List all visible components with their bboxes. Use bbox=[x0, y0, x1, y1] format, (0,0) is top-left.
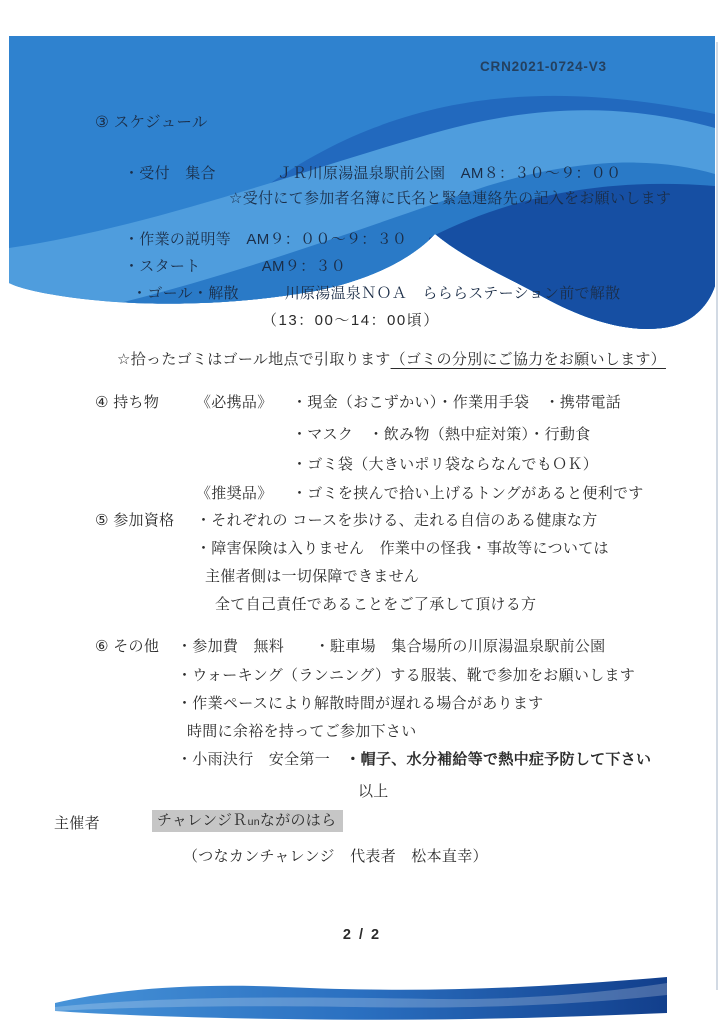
schedule-goal-line: ・ゴール・解散 川原湯温泉ＮＯＡ らららステーション前で解散 bbox=[132, 284, 620, 304]
trash-note-prefix: ☆拾ったゴミはゴール地点で引取ります bbox=[117, 351, 391, 368]
footer-wave-graphic bbox=[55, 973, 667, 1021]
eligibility-line: ・障害保険は入りません 作業中の怪我・事故等については bbox=[196, 539, 609, 559]
others-line: 時間に余裕を持ってご参加下さい bbox=[187, 722, 417, 742]
others-line: ・作業ペースにより解散時間が遅れる場合があります bbox=[177, 694, 543, 714]
schedule-reception-line: ・受付 集合 ＪＲ川原湯温泉駅前公園 AM８：３０～９：００ bbox=[124, 164, 621, 184]
trash-note-underlined: （ゴミの分別にご協力をお願いします） bbox=[391, 351, 666, 368]
belongings-required-item: ・マスク ・飲み物（熱中症対策）・行動食 bbox=[292, 425, 591, 445]
organizer-name-run-small: un bbox=[248, 816, 260, 828]
belongings-required-item: ・現金（おこずかい）・作業用手袋 ・携帯電話 bbox=[292, 393, 621, 413]
organizer-label: 主催者 bbox=[54, 814, 100, 834]
schedule-heading: ③ スケジュール bbox=[95, 113, 208, 133]
others-line: ・参加費 無料 ・駐車場 集合場所の川原湯温泉駅前公園 bbox=[177, 637, 605, 657]
schedule-goal-time: （13：00～14：00頃） bbox=[262, 311, 440, 331]
belongings-required-label: 《必携品》 bbox=[196, 393, 273, 413]
belongings-heading: ④ 持ち物 bbox=[95, 393, 159, 413]
organizer-sub-line: （つなカンチャレンジ 代表者 松本直幸） bbox=[183, 847, 488, 867]
organizer-name-highlight: チャレンジＲunながのはら bbox=[152, 811, 343, 831]
others-heading: ⑥ その他 bbox=[95, 637, 159, 657]
doc-code: CRN2021-0724-V3 bbox=[480, 58, 607, 76]
scan-edge-artifact bbox=[716, 42, 718, 990]
page-number: 2 / 2 bbox=[0, 926, 724, 945]
organizer-name: チャレンジＲunながのはら bbox=[152, 810, 343, 832]
others-line: ・ウォーキング（ランニング）する服装、靴で参加をお願いします bbox=[177, 666, 635, 686]
eligibility-line: 全て自己責任であることをご了承して頂ける方 bbox=[215, 595, 536, 615]
closing-label: 以上 bbox=[358, 782, 389, 802]
belongings-recommended-item: ・ゴミを挟んで拾い上げるトングがあると便利です bbox=[292, 484, 644, 504]
others-last-line-bold: ・帽子、水分補給等で熱中症予防して下さい bbox=[345, 751, 651, 768]
organizer-name-tail: ながのはら bbox=[260, 812, 337, 829]
schedule-reception-note: ☆受付にて参加者名簿に氏名と緊急連絡先の記入をお願いします bbox=[229, 189, 671, 209]
others-last-line: ・小雨決行 安全第一 ・帽子、水分補給等で熱中症予防して下さい bbox=[177, 750, 651, 770]
eligibility-line: ・それぞれの コースを歩ける、走れる自信のある健康な方 bbox=[196, 511, 598, 531]
belongings-required-item: ・ゴミ袋（大きいポリ袋ならなんでもＯＫ） bbox=[292, 455, 598, 475]
organizer-name-head: チャレンジＲ bbox=[157, 812, 248, 829]
others-last-line-normal: ・小雨決行 安全第一 bbox=[177, 751, 345, 768]
eligibility-heading: ⑤ 参加資格 bbox=[95, 511, 174, 531]
document-page: CRN2021-0724-V3 ③ スケジュール ・受付 集合 ＪＲ川原湯温泉駅… bbox=[0, 0, 724, 1024]
schedule-briefing-line: ・作業の説明等 AM９：００～９：３０ bbox=[124, 230, 407, 250]
eligibility-line: 主催者側は一切保障できません bbox=[205, 567, 419, 587]
schedule-start-line: ・スタート AM９：３０ bbox=[124, 257, 346, 277]
trash-note: ☆拾ったゴミはゴール地点で引取ります（ゴミの分別にご協力をお願いします） bbox=[117, 350, 666, 370]
belongings-recommended-label: 《推奨品》 bbox=[196, 484, 273, 504]
